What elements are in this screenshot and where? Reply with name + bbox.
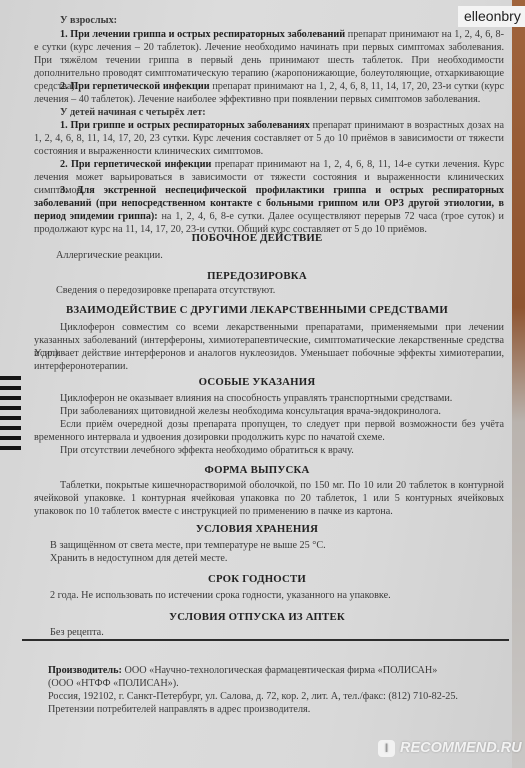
special-text-1: Циклоферон не оказывает влияния на спосо… bbox=[34, 392, 504, 405]
adults-heading: У взрослых: bbox=[60, 14, 525, 27]
interaction-text-2: Усиливает действие интерферонов и аналог… bbox=[34, 347, 504, 373]
children-item-1: 1. При гриппе и острых респираторных заб… bbox=[34, 119, 504, 158]
divider-line bbox=[22, 639, 509, 641]
storage-text-1: В защищённом от света месте, при темпера… bbox=[50, 539, 520, 552]
special-text-3: Если приём очередной дозы препарата проп… bbox=[34, 418, 504, 444]
interaction-heading: ВЗАИМОДЕЙСТВИЕ С ДРУГИМИ ЛЕКАРСТВЕННЫМИ … bbox=[0, 304, 514, 317]
storage-heading: УСЛОВИЯ ХРАНЕНИЯ bbox=[0, 523, 514, 536]
recommend-logo-icon: I bbox=[378, 740, 395, 757]
side-effects-text: Аллергические реакции. bbox=[56, 249, 525, 262]
shelf-life-heading: СРОК ГОДНОСТИ bbox=[0, 573, 514, 586]
dispensing-heading: УСЛОВИЯ ОТПУСКА ИЗ АПТЕК bbox=[0, 611, 514, 624]
storage-text-2: Хранить в недоступном для детей месте. bbox=[50, 552, 520, 565]
dispensing-text: Без рецепта. bbox=[50, 626, 520, 639]
overdose-heading: ПЕРЕДОЗИРОВКА bbox=[0, 270, 514, 283]
adults-item-2: 2. При герпетической инфекции препарат п… bbox=[34, 80, 504, 106]
user-watermark: elleonbry bbox=[458, 6, 525, 27]
manufacturer-block: Производитель: ООО «Научно-технологическ… bbox=[48, 664, 468, 716]
special-text-4: При отсутствии лечебного эффекта необход… bbox=[34, 444, 504, 457]
children-heading: У детей начиная с четырёх лет: bbox=[60, 106, 525, 119]
shelf-life-text: 2 года. Не использовать по истечении сро… bbox=[50, 589, 520, 602]
site-watermark-text: RECOMMEND.RU bbox=[400, 740, 522, 756]
overdose-text: Сведения о передозировке препарата отсут… bbox=[56, 284, 525, 297]
side-effects-heading: ПОБОЧНОЕ ДЕЙСТВИЕ bbox=[0, 232, 514, 245]
site-watermark: I RECOMMEND.RU bbox=[378, 737, 522, 759]
release-form-heading: ФОРМА ВЫПУСКА bbox=[0, 464, 514, 477]
special-instructions-heading: ОСОБЫЕ УКАЗАНИЯ bbox=[0, 376, 514, 389]
special-text-2: При заболеваниях щитовидной железы необх… bbox=[34, 405, 504, 418]
release-form-text: Таблетки, покрытые кишечнорастворимой об… bbox=[34, 479, 504, 518]
children-item-3: 3. Для экстренной неспецифической профил… bbox=[34, 184, 504, 236]
